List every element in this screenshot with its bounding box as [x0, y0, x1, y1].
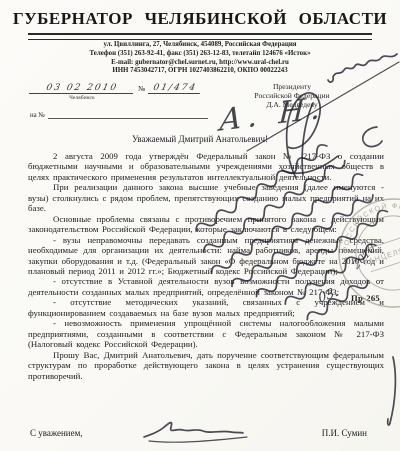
- body-paragraph: При реализации данного закона высшие уче…: [28, 182, 384, 213]
- scanned-letter: ГУБЕРНАТОР ЧЕЛЯБИНСКОЙ ОБЛАСТИ ул. Цвилл…: [0, 0, 400, 451]
- signer-name: П.И. Сумин: [322, 428, 367, 438]
- handwritten-date: 03 02 2010: [29, 83, 135, 94]
- letterhead-title: ГУБЕРНАТОР ЧЕЛЯБИНСКОЙ ОБЛАСТИ: [0, 9, 400, 29]
- body-paragraph: Основные проблемы связаны с противоречие…: [28, 214, 384, 235]
- addressee-line: Президенту: [234, 82, 350, 91]
- letterhead-address-line: ул. Цвиллинга, 27, Челябинск, 454089, Ро…: [0, 41, 400, 50]
- handwritten-outgoing-number: 01/474: [148, 83, 202, 94]
- right-margin-pen-mark: [388, 357, 396, 425]
- body-paragraph: Прошу Вас, Дмитрий Анатольевич, дать пор…: [28, 350, 384, 381]
- body-paragraph: 2 августа 2009 года утверждён Федеральны…: [28, 151, 384, 182]
- reference-blank-line: [48, 110, 208, 119]
- outgoing-meta: 03 02 2010 № 01/474 Челябинск на №: [30, 83, 208, 119]
- number-label: №: [138, 84, 145, 94]
- closing-row: С уважением, П.И. Сумин: [30, 428, 367, 438]
- letterhead-divider: [28, 33, 372, 40]
- salutation: Уважаемый Дмитрий Анатольевич!: [0, 134, 400, 144]
- reference-label: на №: [30, 112, 45, 119]
- letterhead-address: ул. Цвиллинга, 27, Челябинск, 454089, Ро…: [0, 41, 400, 76]
- date-number-row: 03 02 2010 № 01/474: [30, 83, 208, 94]
- letterhead-address-line: Телефон (351) 263-92-41, факс (351) 263-…: [0, 50, 400, 59]
- letterhead-address-line: ИНН 7453042717, ОГРН 1027403862210, ОКПО…: [0, 67, 400, 76]
- reference-row: на №: [30, 110, 208, 119]
- presidential-reference-code: Пр-265: [351, 293, 380, 303]
- letter-body: 2 августа 2009 года утверждён Федеральны…: [28, 151, 384, 381]
- valediction: С уважением,: [30, 428, 83, 438]
- letterhead-address-line: E-mail: gubernator@chel.surnet.ru, http:…: [0, 59, 400, 68]
- city-label: Челябинск: [30, 95, 134, 101]
- body-paragraph: - вузы неправомочны передавать созданным…: [28, 235, 384, 277]
- body-paragraph: - невозможность применения упрощённой си…: [28, 318, 384, 349]
